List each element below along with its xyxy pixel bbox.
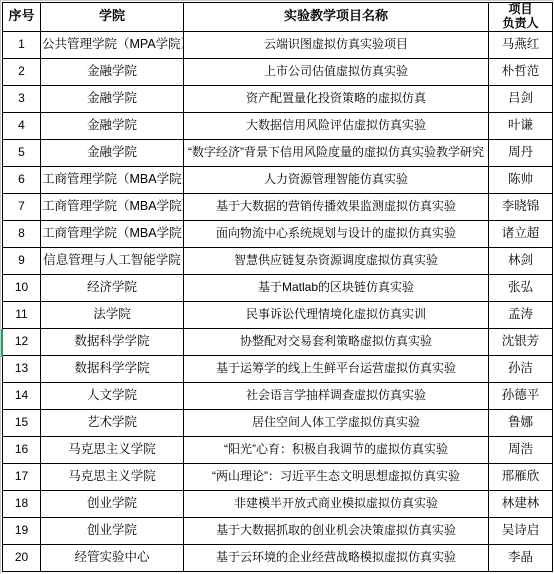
cell-leader: 张弘 bbox=[489, 274, 553, 301]
header-project: 实验教学项目名称 bbox=[184, 3, 489, 32]
header-leader: 项目 负责人 bbox=[489, 3, 553, 32]
table-row: 17马克思主义学院“两山理论”：习近平生态文明思想虚拟仿真实验邢雁欣 bbox=[3, 463, 553, 490]
cell-leader: 周浩 bbox=[489, 436, 553, 463]
cell-college: 经管实验中心 bbox=[41, 544, 184, 571]
cell-no: 18 bbox=[3, 490, 41, 517]
cell-project: 居住空间人体工学虚拟仿真实验 bbox=[184, 409, 489, 436]
cell-leader: 林建林 bbox=[489, 490, 553, 517]
cell-leader: 朴哲范 bbox=[489, 58, 553, 85]
cell-project: 大数据信用风险评估虚拟仿真实验 bbox=[184, 112, 489, 139]
cell-college: 数据科学学院 bbox=[41, 355, 184, 382]
table-row: 8工商管理学院（MBA学院）面向物流中心系统规划与设计的虚拟仿真实验诸立超 bbox=[3, 220, 553, 247]
cell-no: 4 bbox=[3, 112, 41, 139]
cell-project: 上市公司估值虚拟仿真实验 bbox=[184, 58, 489, 85]
cell-leader: 陈帅 bbox=[489, 166, 553, 193]
cell-project: 面向物流中心系统规划与设计的虚拟仿真实验 bbox=[184, 220, 489, 247]
table-row: 2金融学院上市公司估值虚拟仿真实验朴哲范 bbox=[3, 58, 553, 85]
cell-no: 5 bbox=[3, 139, 41, 166]
header-no: 序号 bbox=[3, 3, 41, 32]
cell-college: 创业学院 bbox=[41, 490, 184, 517]
header-college: 学院 bbox=[41, 3, 184, 32]
table-body: 1公共管理学院（MPA学院）云端识图虚拟仿真实验项目马燕红2金融学院上市公司估值… bbox=[3, 31, 553, 571]
cell-no: 20 bbox=[3, 544, 41, 571]
cell-leader: 孙德平 bbox=[489, 382, 553, 409]
cell-leader: 沈银芳 bbox=[489, 328, 553, 355]
cell-project: 非建模半开放式商业模拟虚拟仿真实验 bbox=[184, 490, 489, 517]
table-row: 20经管实验中心基于云环境的企业经营战略模拟虚拟仿真实验李晶 bbox=[3, 544, 553, 571]
cell-project: 社会语言学抽样调查虚拟仿真实验 bbox=[184, 382, 489, 409]
cell-no: 8 bbox=[3, 220, 41, 247]
cell-no: 6 bbox=[3, 166, 41, 193]
table-row: 3金融学院资产配置量化投资策略的虚拟仿真吕剑 bbox=[3, 85, 553, 112]
cell-leader: 鲁娜 bbox=[489, 409, 553, 436]
cell-no: 11 bbox=[3, 301, 41, 328]
cell-college: 工商管理学院（MBA学院） bbox=[41, 193, 184, 220]
cell-no: 9 bbox=[3, 247, 41, 274]
cell-leader: 周丹 bbox=[489, 139, 553, 166]
cell-no: 10 bbox=[3, 274, 41, 301]
cell-college: 金融学院 bbox=[41, 85, 184, 112]
cell-no: 7 bbox=[3, 193, 41, 220]
table-row: 9信息管理与人工智能学院智慧供应链复杂资源调度虚拟仿真实验林剑 bbox=[3, 247, 553, 274]
cell-no: 12 bbox=[3, 328, 41, 355]
cell-college: 数据科学学院 bbox=[41, 328, 184, 355]
cell-no: 1 bbox=[3, 31, 41, 58]
cell-leader: 孟涛 bbox=[489, 301, 553, 328]
projects-table: 序号 学院 实验教学项目名称 项目 负责人 1公共管理学院（MPA学院）云端识图… bbox=[2, 2, 553, 572]
header-leader-line2: 负责人 bbox=[502, 16, 538, 30]
table-row: 15艺术学院居住空间人体工学虚拟仿真实验鲁娜 bbox=[3, 409, 553, 436]
cell-college: 金融学院 bbox=[41, 58, 184, 85]
cell-project: 民事诉讼代理情境化虚拟仿真实训 bbox=[184, 301, 489, 328]
cell-project: 智慧供应链复杂资源调度虚拟仿真实验 bbox=[184, 247, 489, 274]
table-row: 16马克思主义学院“阳光”心育：积极自我调节的虚拟仿真实验周浩 bbox=[3, 436, 553, 463]
table-row: 6工商管理学院（MBA学院）人力资源管理智能仿真实验陈帅 bbox=[3, 166, 553, 193]
cell-leader: 叶谦 bbox=[489, 112, 553, 139]
cell-no: 2 bbox=[3, 58, 41, 85]
cell-college: 马克思主义学院 bbox=[41, 463, 184, 490]
cell-leader: 吴诗启 bbox=[489, 517, 553, 544]
cell-selection-border-fragment bbox=[1, 329, 3, 357]
cell-college: 工商管理学院（MBA学院） bbox=[41, 220, 184, 247]
table-row: 4金融学院大数据信用风险评估虚拟仿真实验叶谦 bbox=[3, 112, 553, 139]
cell-college: 公共管理学院（MPA学院） bbox=[41, 31, 184, 58]
cell-leader: 马燕红 bbox=[489, 31, 553, 58]
cell-no: 15 bbox=[3, 409, 41, 436]
cell-college: 法学院 bbox=[41, 301, 184, 328]
spreadsheet-table-screenshot: { "colors": { "background": "#ffffff", "… bbox=[0, 0, 554, 574]
cell-college: 创业学院 bbox=[41, 517, 184, 544]
cell-leader: 李晓锦 bbox=[489, 193, 553, 220]
table-row: 18创业学院非建模半开放式商业模拟虚拟仿真实验林建林 bbox=[3, 490, 553, 517]
cell-leader: 李晶 bbox=[489, 544, 553, 571]
cell-project: 协整配对交易套利策略虚拟仿真实验 bbox=[184, 328, 489, 355]
cell-project: 基于大数据抓取的创业机会决策虚拟仿真实验 bbox=[184, 517, 489, 544]
table-row: 1公共管理学院（MPA学院）云端识图虚拟仿真实验项目马燕红 bbox=[3, 31, 553, 58]
cell-no: 17 bbox=[3, 463, 41, 490]
cell-project: 基于大数据的营销传播效果监测虚拟仿真实验 bbox=[184, 193, 489, 220]
table-row: 13数据科学学院基于运筹学的线上生鲜平台运营虚拟仿真实验孙洁 bbox=[3, 355, 553, 382]
cell-project: 资产配置量化投资策略的虚拟仿真 bbox=[184, 85, 489, 112]
header-leader-line1: 项目 bbox=[508, 3, 532, 17]
cell-college: 工商管理学院（MBA学院） bbox=[41, 166, 184, 193]
table-header: 序号 学院 实验教学项目名称 项目 负责人 bbox=[3, 3, 553, 32]
screenshot-top-edge-line bbox=[0, 0, 554, 1]
cell-no: 13 bbox=[3, 355, 41, 382]
cell-leader: 孙洁 bbox=[489, 355, 553, 382]
cell-project: 云端识图虚拟仿真实验项目 bbox=[184, 31, 489, 58]
table-row: 14人文学院社会语言学抽样调查虚拟仿真实验孙德平 bbox=[3, 382, 553, 409]
cell-no: 14 bbox=[3, 382, 41, 409]
table-row: 12数据科学学院协整配对交易套利策略虚拟仿真实验沈银芳 bbox=[3, 328, 553, 355]
cell-college: 马克思主义学院 bbox=[41, 436, 184, 463]
cell-college: 金融学院 bbox=[41, 139, 184, 166]
cell-leader: 诸立超 bbox=[489, 220, 553, 247]
table-row: 19创业学院基于大数据抓取的创业机会决策虚拟仿真实验吴诗启 bbox=[3, 517, 553, 544]
table-row: 7工商管理学院（MBA学院）基于大数据的营销传播效果监测虚拟仿真实验李晓锦 bbox=[3, 193, 553, 220]
table-row: 5金融学院“数字经济”背景下信用风险度量的虚拟仿真实验教学研究周丹 bbox=[3, 139, 553, 166]
cell-project: 基于运筹学的线上生鲜平台运营虚拟仿真实验 bbox=[184, 355, 489, 382]
cell-college: 金融学院 bbox=[41, 112, 184, 139]
screenshot-left-edge-line bbox=[0, 0, 1, 574]
cell-project: “阳光”心育：积极自我调节的虚拟仿真实验 bbox=[184, 436, 489, 463]
cell-leader: 林剑 bbox=[489, 247, 553, 274]
cell-project: 基于云环境的企业经营战略模拟虚拟仿真实验 bbox=[184, 544, 489, 571]
cell-project: 人力资源管理智能仿真实验 bbox=[184, 166, 489, 193]
cell-project: “两山理论”：习近平生态文明思想虚拟仿真实验 bbox=[184, 463, 489, 490]
cell-leader: 吕剑 bbox=[489, 85, 553, 112]
cell-college: 信息管理与人工智能学院 bbox=[41, 247, 184, 274]
header-row: 序号 学院 实验教学项目名称 项目 负责人 bbox=[3, 3, 553, 32]
table-row: 11法学院民事诉讼代理情境化虚拟仿真实训孟涛 bbox=[3, 301, 553, 328]
cell-project: 基于Matlab的区块链仿真实验 bbox=[184, 274, 489, 301]
cell-no: 16 bbox=[3, 436, 41, 463]
cell-college: 人文学院 bbox=[41, 382, 184, 409]
cell-leader: 邢雁欣 bbox=[489, 463, 553, 490]
table-row: 10经济学院基于Matlab的区块链仿真实验张弘 bbox=[3, 274, 553, 301]
cell-college: 经济学院 bbox=[41, 274, 184, 301]
cell-project: “数字经济”背景下信用风险度量的虚拟仿真实验教学研究 bbox=[184, 139, 489, 166]
cell-no: 19 bbox=[3, 517, 41, 544]
cell-college: 艺术学院 bbox=[41, 409, 184, 436]
cell-no: 3 bbox=[3, 85, 41, 112]
